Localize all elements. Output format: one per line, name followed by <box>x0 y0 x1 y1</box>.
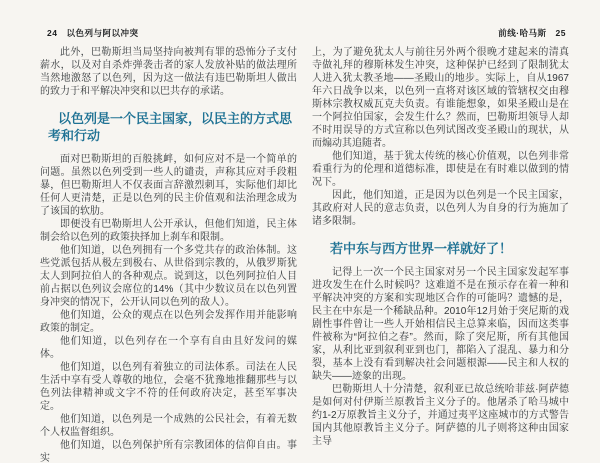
book-spread: 24 以色列与阿以冲突 前线·哈马斯 25 此外，巴勒斯坦当局坚持向被判有罪的恐… <box>0 0 600 463</box>
paragraph: 面对巴勒斯坦的百般挑衅，如何应对不是一个简单的问题。虽然以色列受到一些人的谴责，… <box>40 153 297 218</box>
paragraph: 他们知道，基于犹太传统的核心价值观，以色列非常看重行为的伦理和道德标准，即使是在… <box>312 150 569 189</box>
right-page-body: 上，为了避免犹太人与前往另外两个很晚才建起来的清真寺做礼拜的穆斯林发生冲突，这种… <box>312 46 569 448</box>
paragraph: 此外，巴勒斯坦当局坚持向被判有罪的恐怖分子支付薪水，以及对自杀炸弹袭击者的家人发… <box>40 46 297 98</box>
paragraph: 巴勒斯坦人十分清楚，叙利亚已故总统哈菲兹·阿萨德是如何对付伊斯兰原教旨主义分子的… <box>312 383 569 448</box>
left-running-head: 24 以色列与阿以冲突 <box>47 27 138 39</box>
left-page-number: 24 <box>47 28 57 38</box>
left-page-body: 此外，巴勒斯坦当局坚持向被判有罪的恐怖分子支付薪水，以及对自杀炸弹袭击者的家人发… <box>40 46 297 463</box>
left-running-title: 以色列与阿以冲突 <box>66 27 138 39</box>
paragraph: 他们知道，以色列保护所有宗教团体的信仰自由。事实 <box>40 439 297 463</box>
paragraph: 他们知道，以色列存在一个享有自由且好发问的媒体。 <box>40 335 297 361</box>
paragraph: 他们知道，公众的观点在以色列会发挥作用并能影响政策的制定。 <box>40 309 297 335</box>
paragraph-continuation: 上，为了避免犹太人与前往另外两个很晚才建起来的清真寺做礼拜的穆斯林发生冲突，这种… <box>312 46 569 150</box>
right-running-head: 前线·哈马斯 25 <box>498 27 566 39</box>
paragraph: 他们知道，以色列拥有一个多党共存的政治体制。这些党派包括从极左到极右、从世俗到宗… <box>40 244 297 309</box>
paragraph: 他们知道，以色列是一个成熟的公民社会，有着无数个人权监督组织。 <box>40 413 297 439</box>
paragraph: 因此，他们知道，正是因为以色列是一个民主国家，其政府对人民的意志负责，以色列人为… <box>312 189 569 228</box>
paragraph: 他们知道，以色列有着独立的司法体系。司法在人民生活中享有受人尊敬的地位，会毫不犹… <box>40 361 297 413</box>
paragraph: 记得上一次一个民主国家对另一个民主国家发起军事进攻发生在什么时候吗？这难道不是在… <box>312 266 569 383</box>
section-heading: 若中东与西方世界一样就好了！ <box>320 240 569 257</box>
section-heading: 以色列是一个民主国家，以民主的方式思考和行动 <box>48 110 297 144</box>
right-running-title: 前线·哈马斯 <box>498 27 546 39</box>
right-page-number: 25 <box>556 28 566 38</box>
paragraph: 即便没有巴勒斯坦人公开承认，但他们知道，民主体制会给以色列的政策抉择加上刹车和限… <box>40 218 297 244</box>
